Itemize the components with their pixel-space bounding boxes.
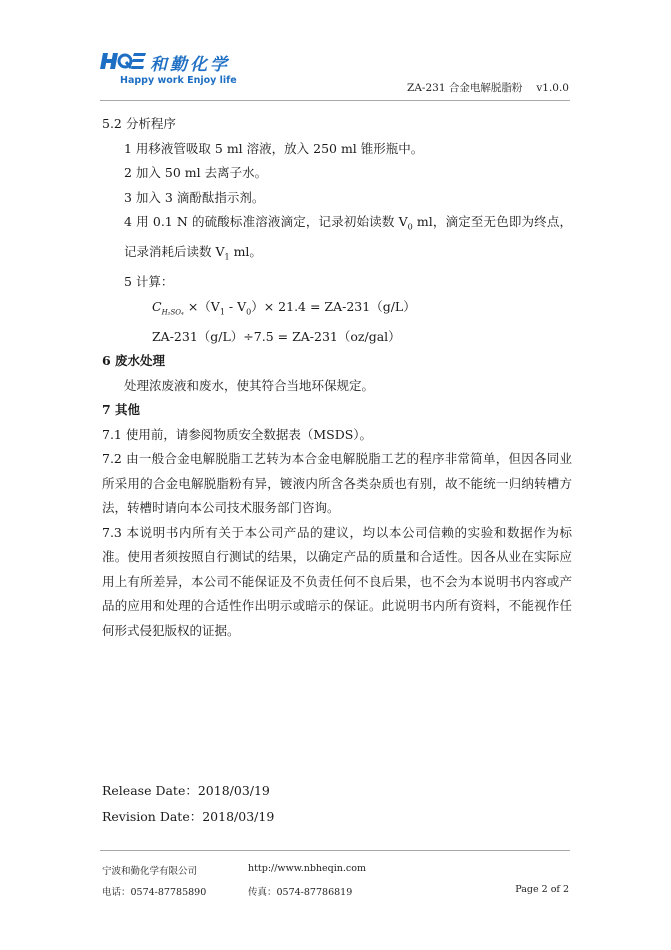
formula-2: ZA-231（g/L）÷7.5 = ZA-231（oz/gal） bbox=[102, 325, 572, 350]
company-logo: 和勤化学 Happy work Enjoy life bbox=[100, 50, 260, 90]
footer-phone: 电话：0574-87785890 bbox=[102, 884, 206, 898]
section-6-title: 6 废水处理 bbox=[102, 349, 572, 374]
step-5: 5 计算： bbox=[102, 270, 572, 295]
footer-divider bbox=[100, 850, 570, 851]
header-divider bbox=[100, 100, 570, 101]
page-number: Page 2 of 2 bbox=[515, 884, 569, 895]
document-body: 5.2 分析程序 1 用移液管吸取 5 ml 溶液，放入 250 ml 锥形瓶中… bbox=[102, 112, 572, 643]
logo-slogan: Happy work Enjoy life bbox=[120, 75, 237, 86]
document-page: 和勤化学 Happy work Enjoy life ZA-231 合金电解脱脂… bbox=[0, 0, 671, 950]
document-dates: Release Date：2018/03/19 Revision Date：20… bbox=[102, 778, 274, 830]
logo-chinese-name: 和勤化学 bbox=[150, 50, 230, 75]
hqe-logo-icon bbox=[100, 52, 146, 70]
section-7-2: 7.2 由一般合金电解脱脂工艺转为本合金电解脱脂工艺的程序非常简单，但因各同业所… bbox=[102, 447, 572, 521]
footer-website[interactable]: http://www.nbheqin.com bbox=[248, 863, 366, 874]
release-date: Release Date：2018/03/19 bbox=[102, 778, 274, 804]
step-2: 2 加入 50 ml 去离子水。 bbox=[102, 161, 572, 186]
step-4: 4 用 0.1 N 的硫酸标准溶液滴定，记录初始读数 V0 ml，滴定至无色即为… bbox=[102, 210, 572, 270]
step-3: 3 加入 3 滴酚酞指示剂。 bbox=[102, 186, 572, 211]
doc-title: ZA-231 合金电解脱脂粉 bbox=[407, 82, 522, 94]
step-1: 1 用移液管吸取 5 ml 溶液，放入 250 ml 锥形瓶中。 bbox=[102, 137, 572, 162]
section-7-3: 7.3 本说明书内所有关于本公司产品的建议，均以本公司信赖的实验和数据作为标准。… bbox=[102, 521, 572, 644]
section-7-title: 7 其他 bbox=[102, 398, 572, 423]
formula-1: CH₂SO₄ ×（V1 - V0）× 21.4 = ZA-231（g/L） bbox=[102, 295, 572, 325]
footer-fax: 传真：0574-87786819 bbox=[248, 884, 352, 898]
header-doc-info: ZA-231 合金电解脱脂粉v1.0.0 bbox=[407, 80, 569, 95]
footer-company: 宁波和勤化学有限公司 bbox=[102, 863, 197, 877]
section-6-text: 处理浓废液和废水，使其符合当地环保规定。 bbox=[102, 374, 572, 399]
section-7-1: 7.1 使用前，请参阅物质安全数据表（MSDS）。 bbox=[102, 423, 572, 448]
section-5-2-title: 5.2 分析程序 bbox=[102, 112, 572, 137]
doc-version: v1.0.0 bbox=[536, 82, 569, 94]
revision-date: Revision Date：2018/03/19 bbox=[102, 804, 274, 830]
